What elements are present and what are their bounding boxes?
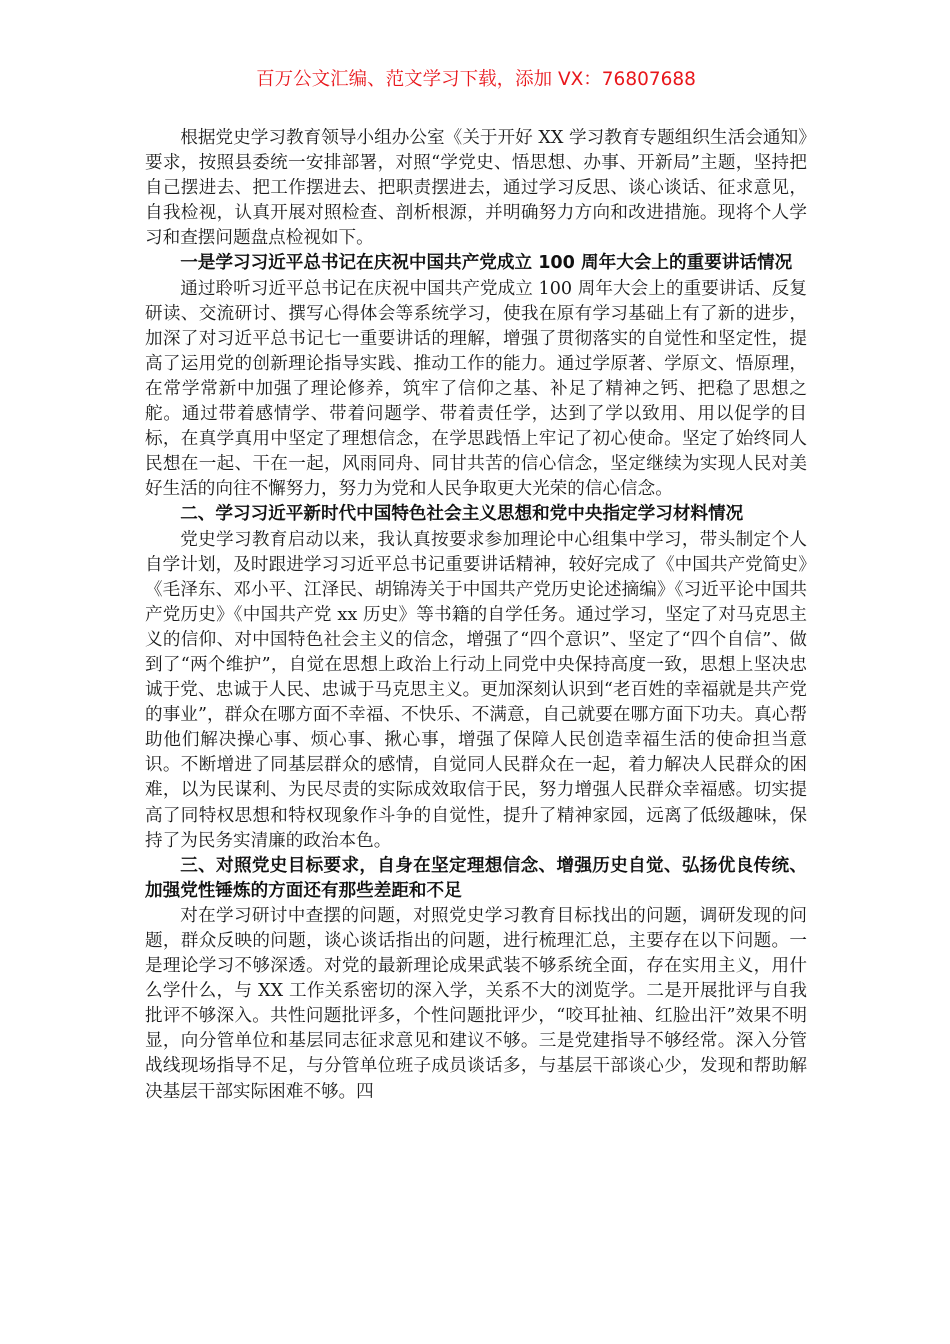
section-heading-2: 二、学习习近平新时代中国特色社会主义思想和党中央指定学习材料情况 [145, 502, 807, 527]
section-body-3: 对在学习研讨中查摆的问题，对照党史学习教育目标找出的问题，调研发现的问题，群众反… [145, 904, 807, 1105]
section-body-2: 党史学习教育启动以来，我认真按要求参加理论中心组集中学习，带头制定个人自学计划，… [145, 528, 807, 854]
promo-banner: 百万公文汇编、范文学习下载，添加 VX：76807688 [145, 66, 807, 94]
intro-paragraph: 根据党史学习教育领导小组办公室《关于开好 XX 学习教育专题组织生活会通知》要求… [145, 126, 807, 251]
section-heading-3: 三、对照党史目标要求，自身在坚定理想信念、增强历史自觉、弘扬优良传统、加强党性锤… [145, 854, 807, 904]
section-body-1: 通过聆听习近平总书记在庆祝中国共产党成立 100 周年大会上的重要讲话、反复研读… [145, 277, 807, 503]
section-heading-1: 一是学习习近平总书记在庆祝中国共产党成立 100 周年大会上的重要讲话情况 [145, 251, 807, 276]
document-body: 根据党史学习教育领导小组办公室《关于开好 XX 学习教育专题组织生活会通知》要求… [145, 126, 807, 1105]
